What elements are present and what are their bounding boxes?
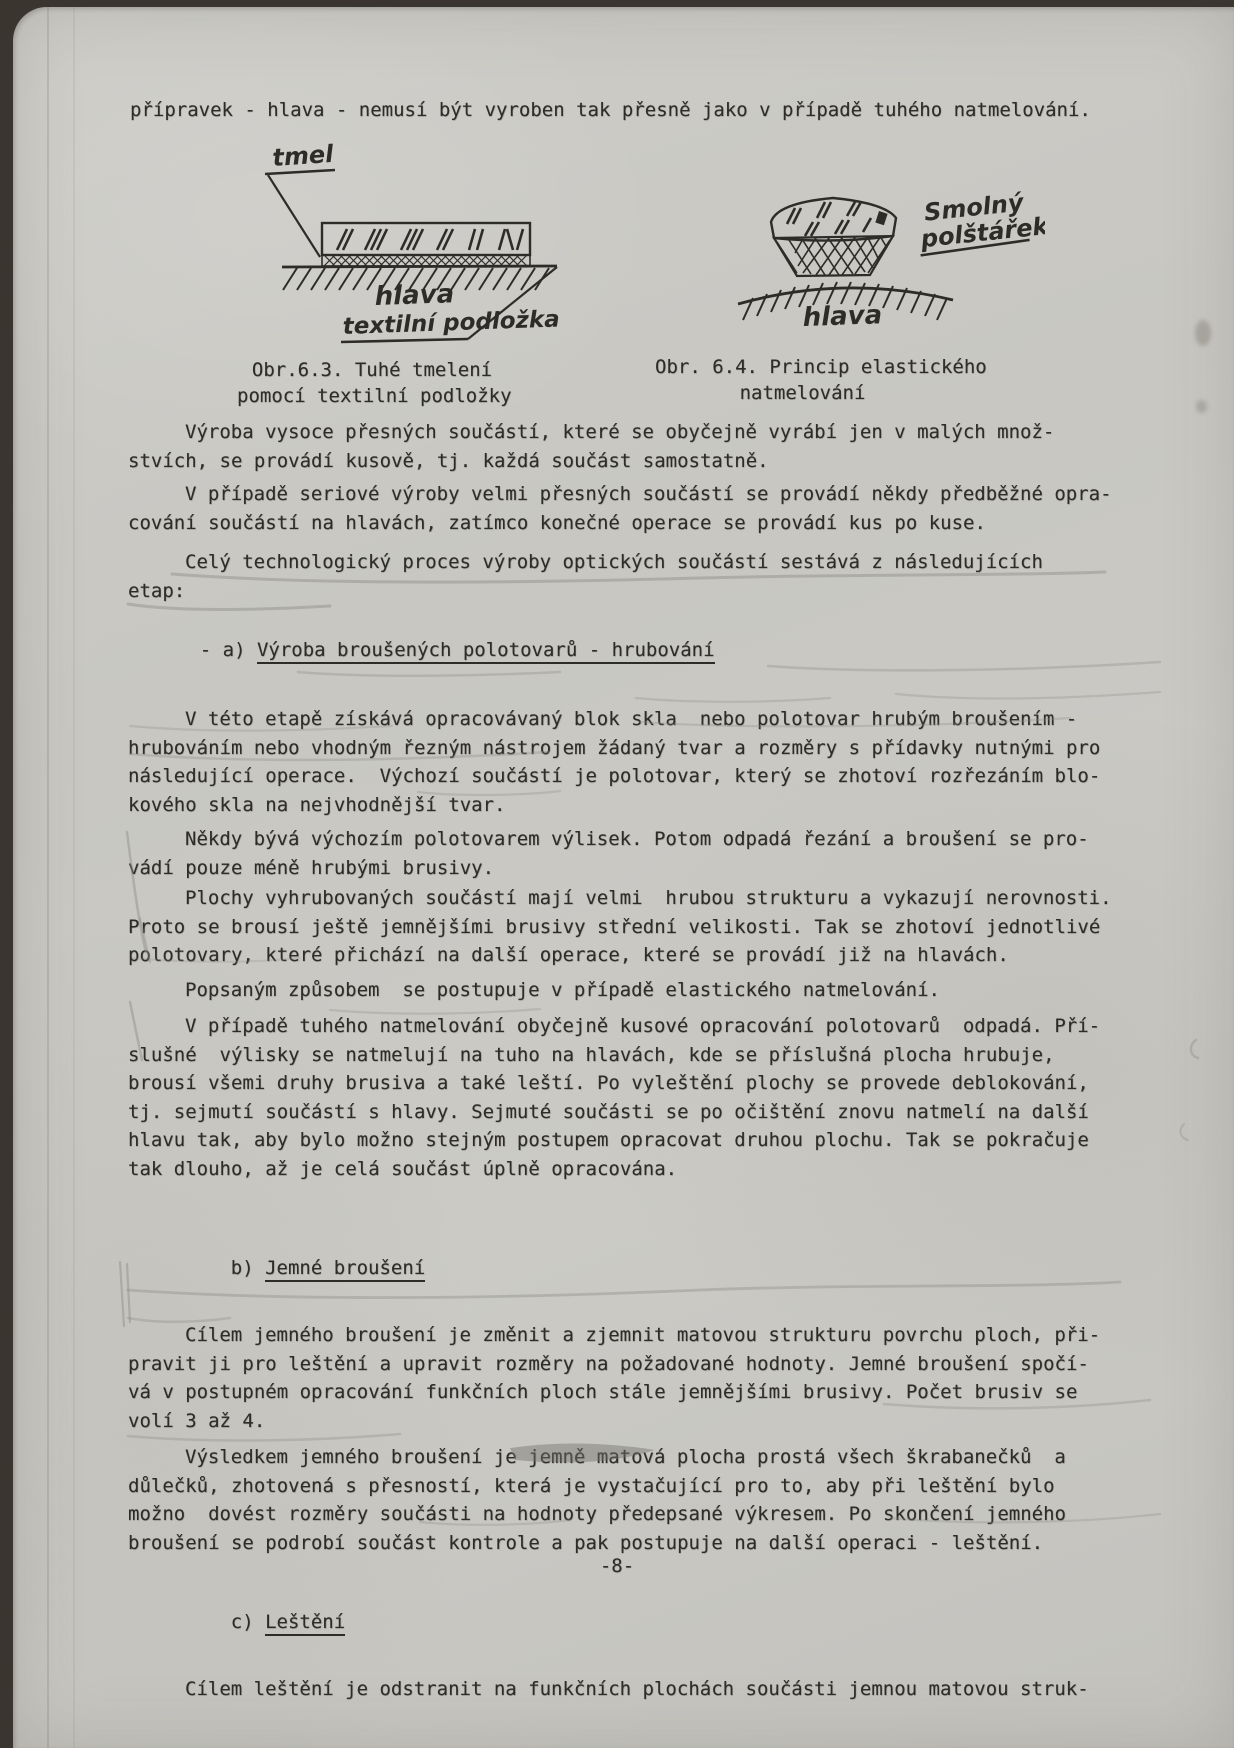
text-line: možno dovést rozměry součásti na hodnoty… xyxy=(128,1500,1188,1529)
text-line: V případě tuhého natmelování obyčejně ku… xyxy=(128,1012,1188,1041)
figure-6-4-drawing: hlava Smolný polštářek xyxy=(705,178,1045,338)
lens-blank xyxy=(771,198,896,241)
figure-6-3-caption: Obr.6.3. Tuhé tmelení pomocí textilní po… xyxy=(237,357,507,409)
pitch-cushion xyxy=(774,236,893,276)
paper-fold-line xyxy=(47,7,49,1748)
caption-line: Obr. 6.4. Princip elastického xyxy=(655,354,950,380)
tmel-label: tmel xyxy=(271,140,335,172)
page-number: -8- xyxy=(0,1552,1234,1581)
paragraph: Cílem jemného broušení je změnit a zjemn… xyxy=(128,1321,1188,1435)
caption-line: natmelování xyxy=(655,380,950,406)
paragraph: Popsaným způsobem se postupuje v případě… xyxy=(128,976,1188,1005)
text-line: Cílem jemného broušení je změnit a zjemn… xyxy=(128,1321,1188,1350)
paragraph: V případě tuhého natmelování obyčejně ku… xyxy=(128,1012,1188,1183)
heading-title: Výroba broušených polotovarů - hrubování xyxy=(257,639,715,664)
paragraph: Plochy vyhrubovaných součástí mají velmi… xyxy=(128,884,1188,970)
glass-hatch-marks xyxy=(337,229,523,250)
text-line: důlečků, zhotovená s přesností, která je… xyxy=(128,1472,1188,1501)
text-line: brousí všemi druhy brusiva a také leští.… xyxy=(128,1069,1188,1098)
text-line: vá v postupném opracování funkčních ploc… xyxy=(128,1378,1188,1407)
text-line: vádí pouze méně hrubými brusivy. xyxy=(128,854,1188,883)
paragraph: V této etapě získává opracovávaný blok s… xyxy=(128,705,1188,819)
section-heading-a: - a) Výroba broušených polotovarů - hrub… xyxy=(128,605,1188,695)
scanned-document-page: { "document": { "intro_line": "přípravek… xyxy=(0,0,1234,1748)
heading-prefix: c) xyxy=(231,1611,265,1633)
section-heading-c: c) Leštění xyxy=(128,1577,1188,1667)
paragraph: Celý technologický proces výroby optický… xyxy=(128,548,1188,605)
text-line: Výroba vysoce přesných součástí, které s… xyxy=(128,418,1188,447)
text-line: Proto se brousí ještě jemnějšími brusivy… xyxy=(128,913,1188,942)
tmel-callout: tmel xyxy=(265,140,335,257)
caption-line: pomocí textilní podložky xyxy=(237,383,507,409)
lens-hatch-marks xyxy=(787,202,888,236)
paragraph: Výroba vysoce přesných součástí, které s… xyxy=(128,418,1188,475)
text-line: následující operace. Výchozí součástí je… xyxy=(128,762,1188,791)
intro-text-line: přípravek - hlava - nemusí být vyroben t… xyxy=(130,96,1091,125)
hlava-label: hlava xyxy=(802,300,882,333)
text-line: stvích, se provádí kusově, tj. každá sou… xyxy=(128,447,1188,476)
glass-block xyxy=(322,223,530,255)
paragraph: V případě seriové výroby velmi přesných … xyxy=(128,480,1188,537)
text-line: slušné výlisky se natmelují na tuho na h… xyxy=(128,1041,1188,1070)
heading-prefix: - a) xyxy=(200,639,257,661)
text-line: Popsaným způsobem se postupuje v případě… xyxy=(128,976,1188,1005)
paragraph: Cílem leštění je odstranit na funkčních … xyxy=(128,1675,1188,1704)
smolny-polstarek-callout: Smolný polštářek xyxy=(915,186,1045,255)
text-line: hrubováním nebo vhodným řezným nástrojem… xyxy=(128,734,1188,763)
text-line: V této etapě získává opracovávaný blok s… xyxy=(128,705,1188,734)
heading-title: Leštění xyxy=(265,1611,345,1636)
text-line: Výsledkem jemného broušení je jemně mato… xyxy=(128,1443,1188,1472)
text-line: etap: xyxy=(128,577,1188,606)
text-line: polotovary, které přichází na další oper… xyxy=(128,941,1188,970)
paragraph: Výsledkem jemného broušení je jemně mato… xyxy=(128,1443,1188,1557)
figure-6-4-caption: Obr. 6.4. Princip elastického natmelován… xyxy=(655,354,950,406)
text-line: V případě seriové výroby velmi přesných … xyxy=(128,480,1188,509)
paper-stain xyxy=(1195,320,1211,346)
text-line: hlavu tak, aby bylo možno stejným postup… xyxy=(128,1126,1188,1155)
section-heading-b: b) Jemné broušení xyxy=(128,1223,1188,1313)
paragraph: Někdy bývá výchozím polotovarem výlisek.… xyxy=(128,825,1188,882)
text-line: kového skla na nejvhodnější tvar. xyxy=(128,791,1188,820)
text-line: Cílem leštění je odstranit na funkčních … xyxy=(128,1675,1188,1704)
text-line: tak dlouho, až je celá součást úplně opr… xyxy=(128,1155,1188,1184)
text-line: Plochy vyhrubovaných součástí mají velmi… xyxy=(128,884,1188,913)
text-line: Celý technologický proces výroby optický… xyxy=(128,548,1188,577)
paper-crease-line xyxy=(73,7,75,1748)
text-line: volí 3 až 4. xyxy=(128,1407,1188,1436)
text-line: cování součástí na hlavách, zatímco kone… xyxy=(128,509,1188,538)
paper-stain xyxy=(1196,400,1207,413)
heading-title: Jemné broušení xyxy=(265,1257,425,1282)
text-line: pravit ji pro leštění a upravit rozměry … xyxy=(128,1350,1188,1379)
document-body: Výroba vysoce přesných součástí, které s… xyxy=(128,418,1188,1704)
cement-layer xyxy=(322,255,530,266)
hlava-label: hlava xyxy=(374,279,454,312)
heading-prefix: b) xyxy=(231,1257,265,1279)
text-line: Někdy bývá výchozím polotovarem výlisek.… xyxy=(128,825,1188,854)
caption-line: Obr.6.3. Tuhé tmelení xyxy=(237,357,507,383)
text-line: tj. sejmutí součástí s hlavy. Sejmuté so… xyxy=(128,1098,1188,1127)
